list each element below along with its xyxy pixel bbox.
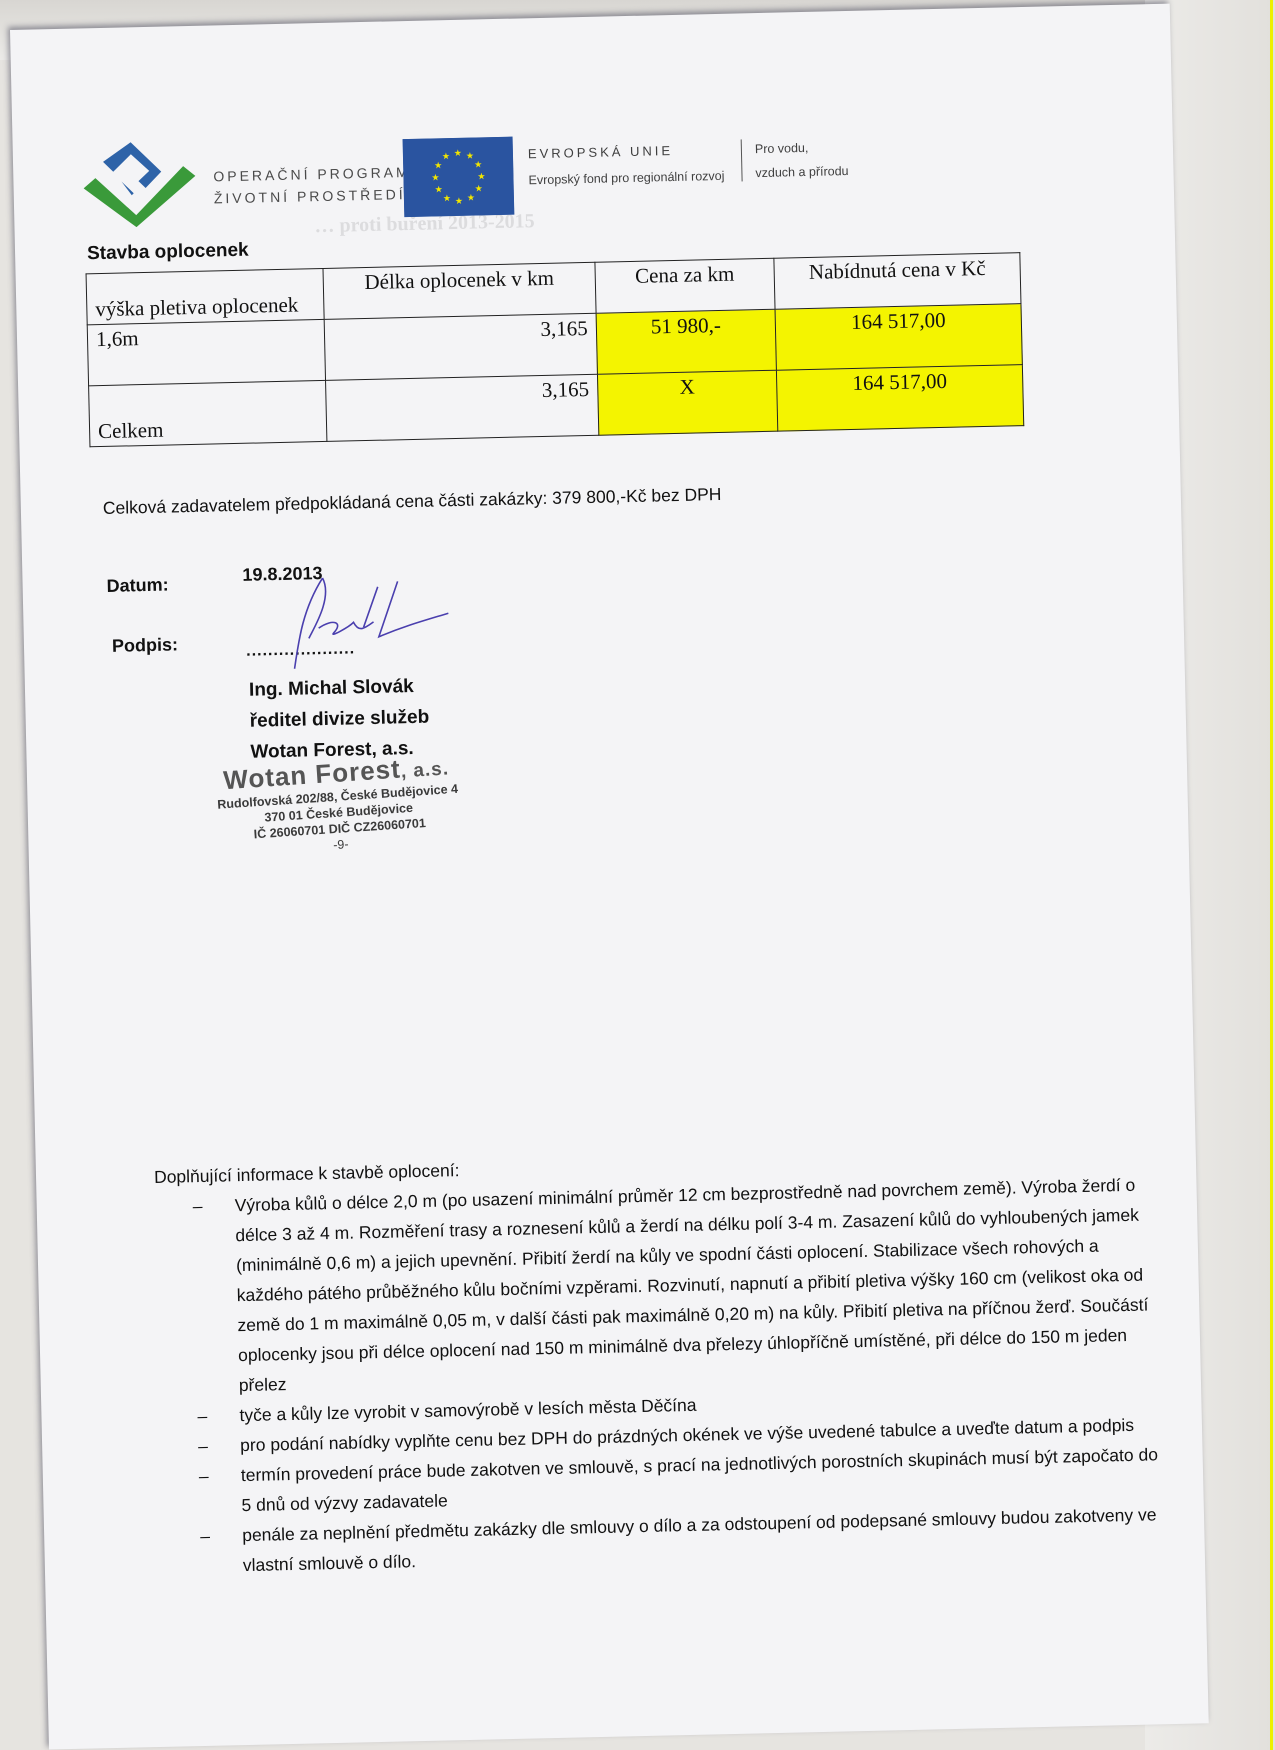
row-length: 3,165: [326, 374, 599, 441]
row-length: 3,165: [324, 313, 597, 380]
slogan: Pro vodu, vzduch a přírodu: [755, 135, 849, 185]
svg-text:★: ★: [475, 184, 483, 194]
svg-text:★: ★: [435, 185, 443, 195]
eu-flag-icon: ★★★ ★★★ ★★★ ★★★: [403, 137, 515, 217]
svg-text:★: ★: [477, 172, 485, 182]
section-title: Stavba oplocenek: [87, 240, 249, 266]
handwritten-signature-icon: [262, 565, 464, 680]
list-item: –Výroba kůlů o délce 2,0 m (po usazení m…: [154, 1169, 1169, 1402]
svg-text:★: ★: [443, 194, 451, 204]
slogan-line-2: vzduch a přírodu: [755, 159, 849, 185]
signer-title: ředitel divize služeb: [249, 702, 429, 737]
row-offered-price[interactable]: 164 517,00: [777, 365, 1024, 432]
estimated-total-note: Celková zadavatelem předpokládaná cena č…: [103, 484, 722, 519]
header-length: Délka oplocenek v km: [323, 262, 596, 319]
row-price-per-km[interactable]: X: [597, 370, 778, 435]
svg-text:★: ★: [454, 149, 462, 159]
price-table: výška pletiva oplocenek Délka oplocenek …: [86, 252, 1025, 447]
svg-text:★: ★: [466, 152, 474, 162]
info-list: –Výroba kůlů o délce 2,0 m (po usazení m…: [154, 1169, 1173, 1582]
date-label: Datum:: [106, 575, 168, 597]
svg-text:★: ★: [467, 193, 475, 203]
row-price-per-km[interactable]: 51 980,-: [596, 309, 777, 374]
row-offered-price[interactable]: 164 517,00: [775, 304, 1022, 371]
company-stamp: Wotan Forest, a.s. Rudolfovská 202/88, Č…: [215, 750, 462, 861]
signer-name: Ing. Michal Slovák: [249, 671, 429, 706]
svg-text:★: ★: [431, 173, 439, 183]
slogan-line-1: Pro vodu,: [755, 135, 849, 161]
svg-text:★: ★: [434, 161, 442, 171]
header-price-per-km: Cena za km: [595, 258, 775, 313]
eu-title: EVROPSKÁ UNIE: [528, 142, 724, 161]
eu-fund: Evropský fond pro regionální rozvoj: [528, 169, 724, 187]
op-zp-logo-icon: [82, 136, 204, 229]
additional-info: Doplňující informace k stavbě oplocení: …: [154, 1139, 1173, 1582]
header-offered-price: Nabídnutá cena v Kč: [774, 253, 1021, 310]
signature-label: Podpis:: [112, 634, 178, 656]
eu-text-block: EVROPSKÁ UNIE Evropský fond pro regionál…: [528, 142, 725, 187]
header-divider: [741, 139, 743, 181]
scan-edge: [1270, 0, 1273, 1750]
svg-text:★: ★: [442, 152, 450, 162]
program-line-2: ŽIVOTNÍ PROSTŘEDÍ: [214, 183, 412, 209]
svg-text:★: ★: [474, 160, 482, 170]
program-name: OPERAČNÍ PROGRAM ŽIVOTNÍ PROSTŘEDÍ: [213, 161, 411, 209]
document-page: … proti buření 2013-2015 OPERAČNÍ PROGRA…: [10, 4, 1209, 1750]
row-label: 1,6m: [87, 319, 325, 385]
row-label: Celkem: [89, 380, 327, 446]
header-height: výška pletiva oplocenek: [86, 268, 324, 324]
svg-text:★: ★: [455, 197, 463, 207]
